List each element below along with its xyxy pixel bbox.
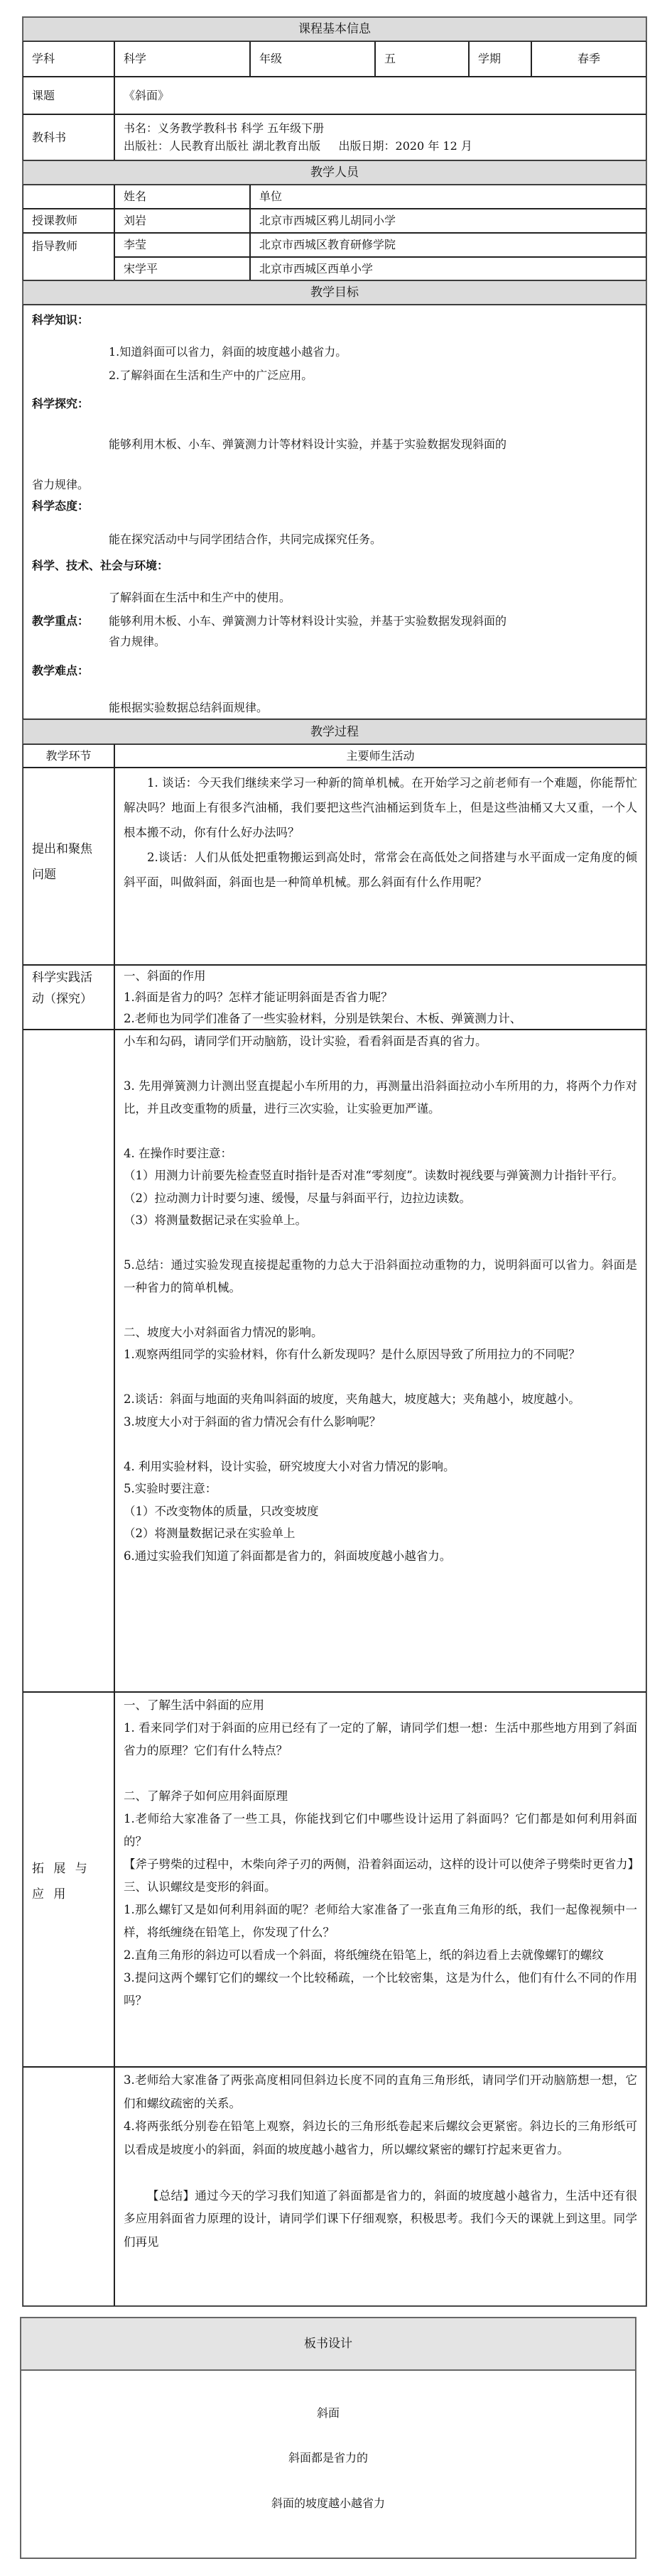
activity-line: 1.观察两组同学的实验材料，你有什么新发现吗？是什么原因导致了所用拉力的不同呢？: [124, 1343, 637, 1366]
topic-label-cell: 课题: [23, 77, 114, 114]
activity-line: 2.直角三角形的斜边可以看成一个斜面，将纸缠绕在铅笔上，纸的斜边看上去就像螺钉的…: [124, 1944, 637, 1967]
goals-header: 教学目标: [23, 280, 646, 305]
knowledge-item: 1.知道斜面可以省力，斜面的坡度越小越省力。: [109, 345, 347, 359]
activity-line: 6.通过实验我们知道了斜面都是省力的，斜面坡度越小越省力。: [124, 1545, 637, 1568]
staff-col-unit-label: 单位: [259, 190, 282, 204]
staff-role-cell: 授课教师: [23, 209, 114, 233]
key-point-text-cont: 省力规律。: [109, 635, 166, 649]
inquiry-text-cont: 省力规律。: [32, 478, 89, 492]
stage-label-cell: 提出和聚焦问题: [23, 768, 114, 965]
attitude-text: 能在探究活动中与同学团结合作，共同完成探究任务。: [109, 533, 381, 547]
activity-line: 一、斜面的作用: [124, 966, 637, 987]
activity-line: 5.实验时要注意：: [124, 1478, 637, 1500]
activity-line: [124, 1762, 637, 1785]
term-label: 学期: [478, 52, 501, 66]
staff-unit: 北京市西城区鸦儿胡同小学: [259, 214, 396, 228]
activity-line: [124, 1366, 637, 1389]
process-col-stage-label: 教学环节: [45, 749, 91, 763]
staff-name: 宋学平: [124, 262, 158, 276]
staff-unit: 北京市西城区教育研修学院: [259, 238, 396, 252]
staff-corner-cell: [23, 185, 114, 209]
activity-line: 小车和勾码，请同学们开动脑筋，设计实验，看看斜面是否真的省力。: [124, 1030, 637, 1053]
activity-line: 5.总结：通过实验发现直接提起重物的力总大于沿斜面拉动重物的力，说明斜面可以省力…: [124, 1254, 637, 1299]
activity-line: 3.提问这两个螺钉它们的螺纹一个比较稀疏，一个比较密集，这是为什么，他们有什么不…: [124, 1967, 637, 2012]
board-design-title: 板书设计: [304, 2337, 352, 2351]
activity-line: （1）不改变物体的质量，只改变坡度: [124, 1500, 637, 1523]
activity-line: [124, 1433, 637, 1456]
grade-label-cell: 年级: [250, 41, 375, 77]
activity-line: [124, 1232, 637, 1255]
process-col-activity: 主要师生活动: [114, 744, 646, 768]
activity-line: [124, 1053, 637, 1076]
activity-line: 3. 先用弹簧测力计测出竖直提起小车所用的力，再测量出沿斜面拉动小车所用的力，将…: [124, 1075, 637, 1120]
stage-label: 科学实践活动（探究）: [32, 971, 92, 1006]
activity-line: 1. 谈话：今天我们继续来学习一种新的简单机械。在开始学习之前老师有一个难题，你…: [124, 770, 637, 845]
basic-info-header: 课程基本信息: [23, 17, 646, 41]
activity-line: [124, 2161, 637, 2185]
activity-line: 1. 看来同学们对于斜面的应用已经有了一定的了解，请同学们想一想：生活中那些地方…: [124, 1717, 637, 1762]
staff-col-name: 姓名: [114, 185, 250, 209]
topic-value: 《斜面》: [124, 89, 169, 103]
topic-value-cell: 《斜面》: [114, 77, 646, 114]
activity-line: 1.斜面是省力的吗？怎样才能证明斜面是否省力呢？: [124, 987, 637, 1008]
textbook-publisher: 出版社：人民教育出版社 湖北教育出版 出版日期：2020 年 12 月: [124, 137, 637, 155]
grade-value: 五: [384, 52, 396, 66]
stage-label: 拓 展 与 应 用: [32, 1862, 90, 1901]
activity-line: 3.坡度大小对于斜面的省力情况会有什么影响呢？: [124, 1411, 637, 1434]
topic-label: 课题: [32, 89, 55, 103]
activity-line: 2.老师也为同学们准备了一些实验材料，分别是铁架台、木板、弹簧测力计、: [124, 1008, 637, 1030]
staff-unit-cell: 北京市西城区鸦儿胡同小学: [250, 209, 646, 233]
textbook-value-cell: 书名：义务教学教科书 科学 五年级下册 出版社：人民教育出版社 湖北教育出版 出…: [114, 114, 646, 160]
term-label-cell: 学期: [469, 41, 531, 77]
activity-line: 3.老师给大家准备了两张高度相同但斜边长度不同的直角三角形纸，请同学们开动脑筋想…: [124, 2069, 637, 2115]
activity-line: 一、了解生活中斜面的应用: [124, 1694, 637, 1717]
board-design-body: 斜面 斜面都是省力的 斜面的坡度越小越省力: [21, 2370, 636, 2558]
board-design-header: 板书设计: [21, 2318, 636, 2370]
stage-activity-cell: 小车和勾码，请同学们开动脑筋，设计实验，看看斜面是否真的省力。 3. 先用弹簧测…: [114, 1030, 646, 1692]
activity-line: 2.谈话：斜面与地面的夹角叫斜面的坡度，夹角越大，坡度越大；夹角越小，坡度越小。: [124, 1388, 637, 1411]
activity-line: 1.老师给大家准备了一些工具，你能找到它们中哪些设计运用了斜面吗？它们都是如何利…: [124, 1808, 637, 1853]
term-value-cell: 春季: [531, 41, 646, 77]
activity-line: 三、认识螺纹是变形的斜面。: [124, 1876, 637, 1899]
basic-info-title: 课程基本信息: [298, 22, 371, 36]
activity-line: 4.将两张纸分别卷在铅笔上观察，斜边长的三角形纸卷起来后螺纹会更紧密。斜边长的三…: [124, 2115, 637, 2161]
key-point-text: 能够利用木板、小车、弹簧测力计等材料设计实验，并基于实验数据发现斜面的: [109, 614, 506, 628]
stage-activity-cell: 1. 谈话：今天我们继续来学习一种新的简单机械。在开始学习之前老师有一个难题，你…: [114, 768, 646, 965]
staff-col-unit: 单位: [250, 185, 646, 209]
stage-activity-cell: 3.老师给大家准备了两张高度相同但斜边长度不同的直角三角形纸，请同学们开动脑筋想…: [114, 2067, 646, 2306]
activity-line: 二、坡度大小对斜面省力情况的影响。: [124, 1321, 637, 1344]
stage-label-cell: [23, 2067, 114, 2306]
board-line: 斜面的坡度越小越省力: [21, 2496, 635, 2511]
staff-unit-cell: 北京市西城区西单小学: [250, 257, 646, 280]
activity-line: [124, 1120, 637, 1142]
textbook-label-cell: 教科书: [23, 114, 114, 160]
stage-label-cell: 拓 展 与 应 用: [23, 1692, 114, 2067]
activity-line: 二、了解斧子如何应用斜面原理: [124, 1785, 637, 1808]
board-line: 斜面都是省力的: [21, 2451, 635, 2465]
process-title: 教学过程: [310, 725, 359, 739]
activity-line: 1.那么螺钉又是如何利用斜面的呢？老师给大家准备了一张直角三角形的纸，我们一起像…: [124, 1899, 637, 1944]
textbook-name: 书名：义务教学教科书 科学 五年级下册: [124, 119, 637, 137]
stse-text: 了解斜面在生活中和生产中的使用。: [109, 591, 291, 605]
staff-name: 刘岩: [124, 214, 146, 228]
summary-line: 【总结】通过今天的学习我们知道了斜面都是省力的，斜面的坡度越小越省力，生活中还有…: [124, 2185, 637, 2254]
stage-label-cell: [23, 1030, 114, 1692]
activity-line: （3）将测量数据记录在实验单上。: [124, 1209, 637, 1232]
staff-role: 指导教师: [32, 239, 77, 253]
attitude-heading: 科学态度：: [32, 499, 89, 513]
board-line: 斜面: [21, 2406, 635, 2421]
subject-value: 科学: [124, 52, 146, 66]
activity-line: [124, 1299, 637, 1321]
inquiry-heading: 科学探究：: [32, 397, 89, 411]
process-col-stage: 教学环节: [23, 744, 114, 768]
term-value: 春季: [578, 52, 600, 66]
inquiry-text: 能够利用木板、小车、弹簧测力计等材料设计实验，并基于实验数据发现斜面的: [109, 437, 506, 452]
stage-activity-cell: 一、了解生活中斜面的应用 1. 看来同学们对于斜面的应用已经有了一定的了解，请同…: [114, 1692, 646, 2067]
staff-col-name-label: 姓名: [124, 190, 146, 204]
knowledge-item: 2.了解斜面在生活和生产中的广泛应用。: [109, 369, 313, 383]
activity-line: 4. 在操作时要注意：: [124, 1142, 637, 1165]
goals-title: 教学目标: [310, 285, 359, 300]
staff-name: 李莹: [124, 238, 146, 252]
subject-value-cell: 科学: [114, 41, 250, 77]
knowledge-heading: 科学知识：: [32, 313, 89, 327]
staff-role-cell: 指导教师: [23, 233, 114, 280]
staff-unit-cell: 北京市西城区教育研修学院: [250, 233, 646, 257]
key-point-heading: 教学重点：: [32, 614, 89, 628]
staff-role: 授课教师: [32, 214, 77, 228]
process-header: 教学过程: [23, 719, 646, 744]
activity-line: （2）将测量数据记录在实验单上: [124, 1522, 637, 1545]
staff-name-cell: 刘岩: [114, 209, 250, 233]
activity-line: （1）用测力计前要先检查竖直时指针是否对准“零刻度”。读数时视线要与弹簧测力计指…: [124, 1164, 637, 1187]
goals-body: 科学知识： 1.知道斜面可以省力，斜面的坡度越小越省力。 2.了解斜面在生活和生…: [23, 305, 646, 719]
stage-label: 提出和聚焦问题: [32, 842, 92, 882]
stage-activity-cell: 一、斜面的作用 1.斜面是省力的吗？怎样才能证明斜面是否省力呢？ 2.老师也为同…: [114, 965, 646, 1030]
activity-line: 2.谈话：人们从低处把重物搬运到高处时，常常会在高低处之间搭建与水平面成一定角度…: [124, 845, 637, 895]
activity-line: 【斧子劈柴的过程中，木柴向斧子刃的两侧，沿着斜面运动，这样的设计可以使斧子劈柴时…: [124, 1853, 637, 1876]
subject-label: 学科: [32, 52, 55, 66]
staff-unit: 北京市西城区西单小学: [259, 262, 373, 276]
staff-name-cell: 宋学平: [114, 257, 250, 280]
textbook-label: 教科书: [32, 131, 66, 145]
grade-value-cell: 五: [375, 41, 469, 77]
subject-label-cell: 学科: [23, 41, 114, 77]
staff-header: 教学人员: [23, 160, 646, 185]
stse-heading: 科学、技术、社会与环境：: [32, 559, 168, 573]
staff-name-cell: 李莹: [114, 233, 250, 257]
process-col-activity-label: 主要师生活动: [346, 749, 414, 763]
staff-title: 教学人员: [310, 165, 359, 180]
stage-label-cell: 科学实践活动（探究）: [23, 965, 114, 1030]
difficulty-heading: 教学难点：: [32, 664, 89, 678]
difficulty-text: 能根据实验数据总结斜面规律。: [109, 701, 268, 715]
grade-label: 年级: [259, 52, 282, 66]
activity-line: （2）拉动测力计时要匀速、缓慢，尽量与斜面平行，边拉边读数。: [124, 1187, 637, 1210]
activity-line: 4. 利用实验材料，设计实验，研究坡度大小对省力情况的影响。: [124, 1456, 637, 1478]
